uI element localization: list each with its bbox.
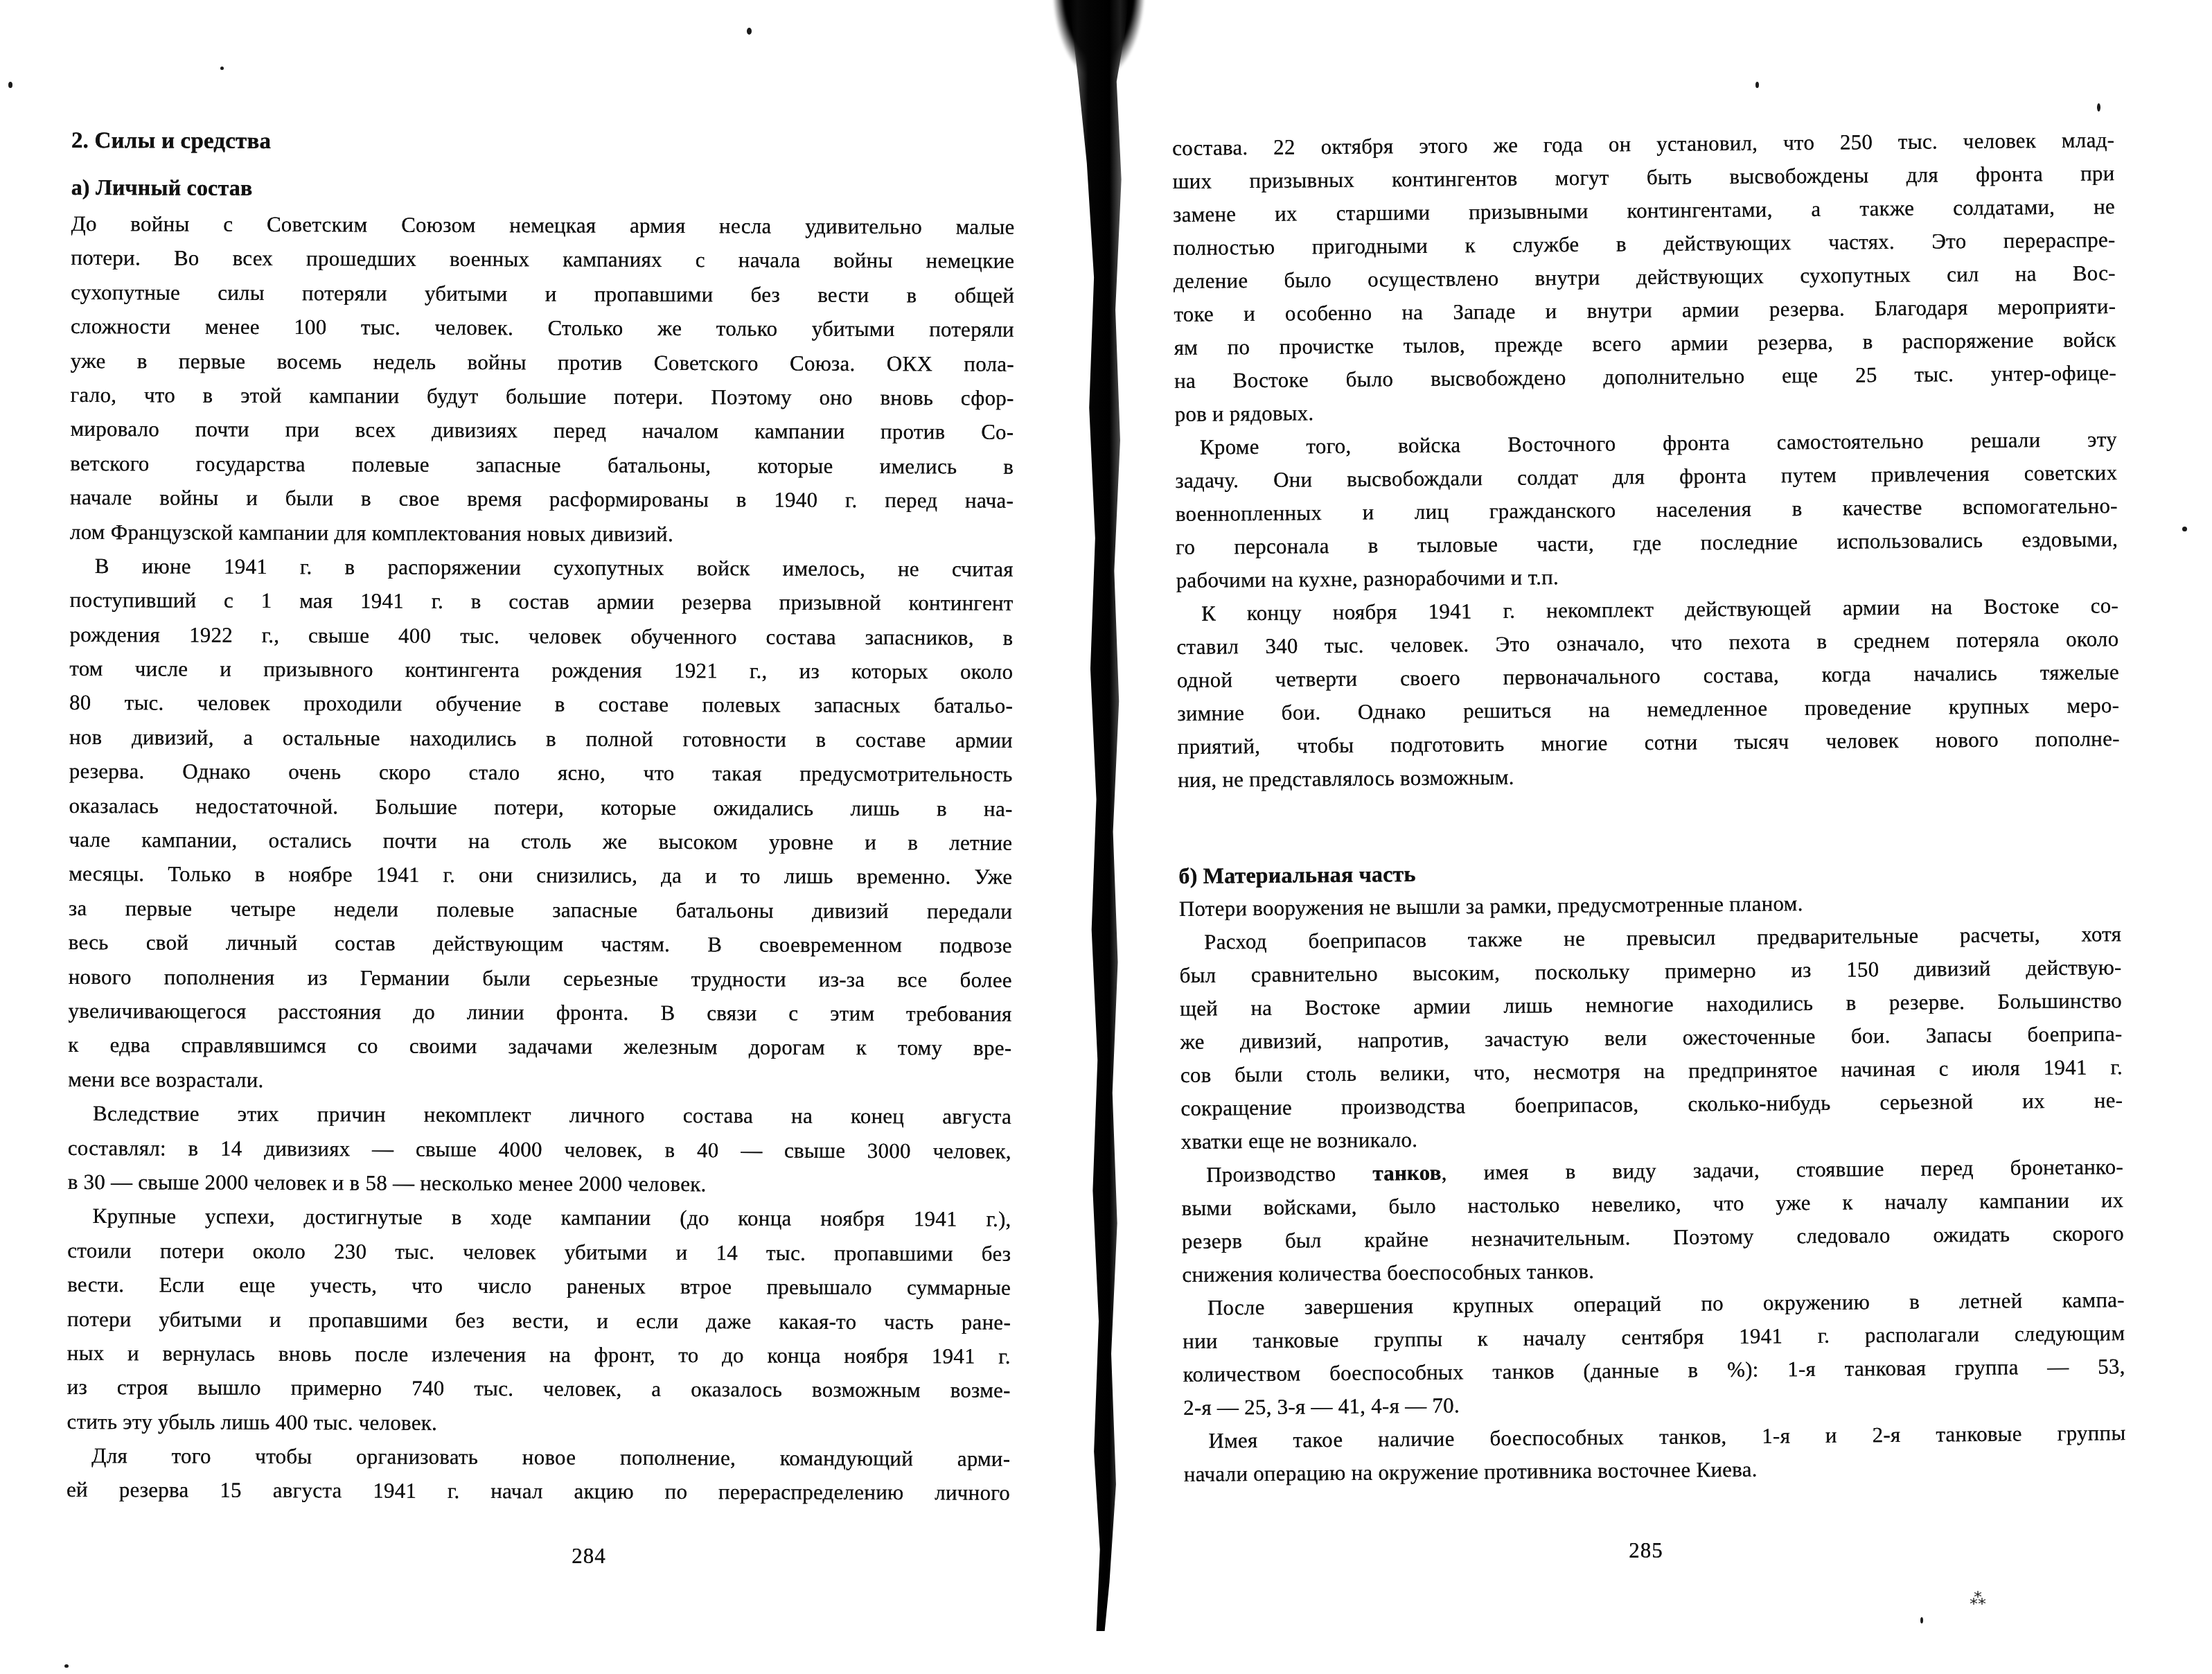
text-line: нов дивизий, а остальные находились в по… [69, 720, 1013, 757]
text-line: нового пополнения из Германии были серье… [69, 960, 1012, 997]
text-line: чале кампании, остались почти на столь ж… [69, 822, 1012, 860]
ink-speck [747, 28, 752, 35]
text-line: сухопутные силы потеряли убитыми и пропа… [71, 275, 1014, 312]
text-line: к едва справлявшимся со своими задачами … [68, 1028, 1011, 1065]
text-line: в 30 — свыше 2000 человек и в 58 — неско… [68, 1165, 1011, 1202]
text-line: увеличивающегося расстояния до линии фро… [68, 994, 1011, 1031]
left-page-number: 284 [554, 1544, 623, 1569]
text-line: оказалась недостаточной. Большие потери,… [69, 788, 1013, 826]
text-line: уже в первые восемь недель войны против … [71, 344, 1014, 381]
ink-speck [2097, 103, 2100, 112]
ink-speck [2182, 527, 2187, 531]
binding-gutter-shadow [1069, 0, 1129, 1631]
text-line: рождения 1922 г., свыше 400 тыс. человек… [69, 617, 1013, 655]
text-line: лом Французской кампании для комплектова… [70, 515, 1014, 552]
text-line: стоили потери около 230 тыс. человек уби… [67, 1233, 1011, 1271]
text-line: мировало почти при всех дивизиях перед н… [70, 412, 1014, 449]
ink-speck [1755, 82, 1759, 88]
text-line: ных и вернулась вновь после излечения на… [67, 1336, 1011, 1373]
text-line: составлял: в 14 дивизиях — свыше 4000 че… [68, 1131, 1011, 1168]
text-line: потери. Во всех прошедших военных кампан… [71, 240, 1014, 278]
text-line: за первые четыре недели полевые запасные… [69, 891, 1012, 928]
text-line: стить эту убыль лишь 400 тыс. человек. [67, 1404, 1010, 1442]
ink-speck [220, 67, 224, 70]
text-line: начале войны и были в свое время расформ… [70, 480, 1014, 518]
text-line: гало, что в этой кампании будут большие … [71, 378, 1014, 415]
text-line: поступивший с 1 мая 1941 г. в состав арм… [70, 583, 1014, 620]
text-line: ветского государства полевые запасные ба… [70, 446, 1014, 484]
right-page: состава. 22 октября этого же года он уст… [1172, 123, 2126, 1491]
text-line: Крупные успехи, достигнутые в ходе кампа… [67, 1199, 1011, 1236]
ink-speck [64, 1664, 69, 1668]
text-line: том числе и призывного контингента рожде… [69, 651, 1013, 689]
text-line: месяцы. Только в ноябре 1941 г. они сниз… [69, 856, 1012, 894]
left-page-text: До войны с Советским Союзом немецкая арм… [67, 206, 1015, 1510]
ink-speck [1920, 1617, 1923, 1623]
text-line: ей резерва 15 августа 1941 г. начал акци… [67, 1472, 1010, 1510]
text-line: 80 тыс. человек проходили обучение в сос… [69, 685, 1013, 723]
section-heading: 2. Силы и средства [71, 128, 1015, 157]
text-line: резерва. Однако очень скоро стало ясно, … [69, 754, 1013, 791]
text-line: В июне 1941 г. в распоряжении сухопутных… [70, 549, 1014, 586]
text-line: потери убитыми и пропавшими без вести, и… [67, 1301, 1011, 1339]
subsection-heading-a: а) Личный состав [71, 175, 1015, 204]
text-line: Для того чтобы организовать новое пополн… [67, 1438, 1010, 1476]
text-line: весь свой личный состав действующим част… [69, 925, 1012, 962]
ink-blot: ⁂ [1970, 1592, 1985, 1607]
text-line: вести. Если еще учесть, что число ранены… [67, 1267, 1011, 1305]
ink-speck [8, 82, 12, 88]
text-line: сложности менее 100 тыс. человек. Стольк… [71, 309, 1014, 346]
book-scan-spread: 2. Силы и средства а) Личный состав До в… [0, 0, 2212, 1674]
text-line: мени все возрастали. [68, 1062, 1011, 1100]
left-page: 2. Силы и средства а) Личный состав До в… [67, 128, 1015, 1510]
right-page-text-top: состава. 22 октября этого же года он уст… [1172, 123, 2120, 797]
right-page-text-bottom: Потери вооружения не вышли за рамки, пре… [1179, 884, 2126, 1491]
text-line: До войны с Советским Союзом немецкая арм… [71, 206, 1014, 244]
text-line: Вследствие этих причин некомплект личног… [68, 1096, 1011, 1134]
right-page-number: 285 [1611, 1538, 1681, 1563]
text-line: из строя вышло примерно 740 тыс. человек… [67, 1370, 1011, 1407]
